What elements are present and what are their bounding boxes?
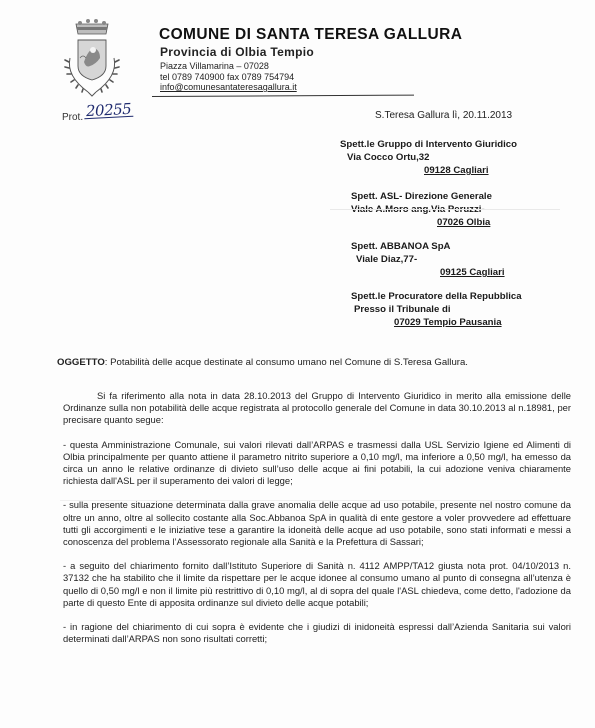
email-link[interactable]: info@comunesantateresagallura.it xyxy=(160,82,297,93)
letter-page: COMUNE DI SANTA TERESA GALLURA Provincia… xyxy=(0,0,595,728)
recipient-name: Spett.le Gruppo di Intervento Giuridico xyxy=(340,138,517,151)
protocol-label: Prot. xyxy=(62,112,83,123)
recipient-name: Spett. ABBANOA SpA xyxy=(351,240,505,253)
recipient-block: Spett. ABBANOA SpA Viale Diaz,77- 09125 … xyxy=(351,240,505,279)
recipient-city: 09125 Cagliari xyxy=(351,267,505,278)
scan-artifact xyxy=(330,209,560,210)
recipient-city: 07026 Olbia xyxy=(351,217,490,228)
phone-fax: tel 0789 740900 fax 0789 754794 xyxy=(160,72,297,83)
recipient-city: 09128 Cagliari xyxy=(340,165,489,176)
protocol-number: Prot.20255 xyxy=(62,108,133,123)
scan-artifact xyxy=(60,500,560,501)
municipal-crest-icon xyxy=(60,14,124,100)
subject-line: OGGETTO: Potabilità delle acque destinat… xyxy=(57,357,468,368)
municipality-title: COMUNE DI SANTA TERESA GALLURA xyxy=(159,26,462,44)
recipient-name: Spett.le Procuratore della Repubblica xyxy=(351,290,522,303)
body-point: - sulla presente situazione determinata … xyxy=(63,499,571,548)
recipient-address: Presso il Tribunale di xyxy=(351,303,522,316)
contact-block: Piazza Villamarina – 07028 tel 0789 7409… xyxy=(160,61,297,93)
recipient-address: Viale Diaz,77- xyxy=(351,253,505,266)
recipient-name: Spett. ASL- Direzione Generale xyxy=(351,190,492,203)
letter-body: Si fa riferimento alla nota in data 28.1… xyxy=(63,390,571,657)
recipient-block: Spett.le Procuratore della Repubblica Pr… xyxy=(351,290,522,329)
intro-paragraph: Si fa riferimento alla nota in data 28.1… xyxy=(63,390,571,427)
place-date-line: S.Teresa Gallura lì, 20.11.2013 xyxy=(375,110,512,121)
subject-label: OGGETTO xyxy=(57,357,105,368)
recipient-block: Spett.le Gruppo di Intervento Giuridico … xyxy=(340,138,517,177)
body-point: - in ragione del chiarimento di cui sopr… xyxy=(63,621,571,645)
recipient-address: Via Cocco Ortu,32 xyxy=(340,151,517,164)
address: Piazza Villamarina – 07028 xyxy=(160,61,297,72)
protocol-handwritten-number: 20255 xyxy=(84,102,134,120)
subject-text: : Potabilità delle acque destinate al co… xyxy=(105,357,468,368)
body-point: - questa Amministrazione Comunale, sui v… xyxy=(63,439,571,488)
body-point: - a seguito del chiarimento fornito dall… xyxy=(63,560,571,609)
province-name: Provincia di Olbia Tempio xyxy=(160,45,314,59)
recipient-city: 07029 Tempio Pausania xyxy=(351,317,502,328)
header-divider xyxy=(152,95,414,97)
